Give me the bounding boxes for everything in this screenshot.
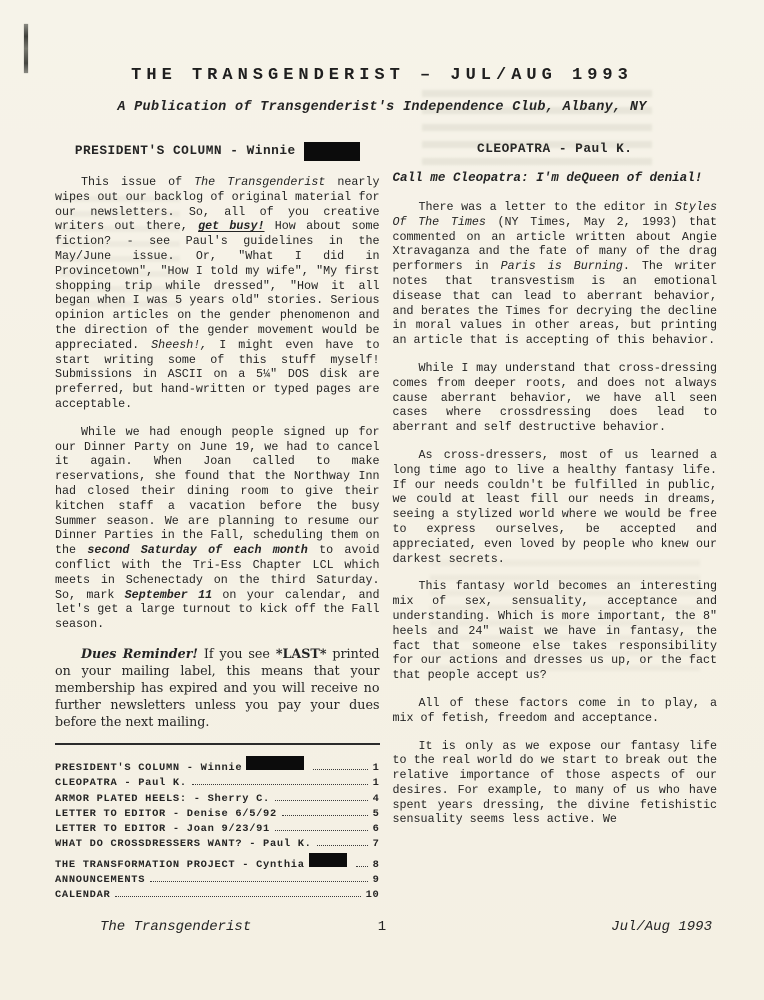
page-footer: The Transgenderist 1 Jul/Aug 1993 — [0, 919, 764, 941]
toc-entry-label: CALENDAR — [55, 888, 110, 903]
footer-publication-name: The Transgenderist — [100, 919, 251, 935]
toc-entry: WHAT DO CROSSDRESSERS WANT? - Paul K. 7 — [55, 837, 380, 852]
article-subtitle: Call me Cleopatra: I'm deQueen of denial… — [393, 171, 718, 185]
dot-leader — [356, 866, 368, 867]
dot-leader — [150, 881, 367, 882]
dot-leader — [317, 845, 368, 846]
toc-entry-label: CLEOPATRA - Paul K. — [55, 776, 187, 791]
dot-leader — [275, 800, 368, 801]
dot-leader — [115, 896, 360, 897]
toc-entry-label: PRESIDENT'S COLUMN - Winnie — [55, 761, 242, 776]
masthead: THE TRANSGENDERIST – JUL/AUG 1993 A Publ… — [0, 0, 764, 115]
cleopatra-heading: CLEOPATRA - Paul K. — [393, 141, 718, 156]
toc-entry-page: 5 — [373, 807, 380, 822]
presidents-column-heading: PRESIDENT'S COLUMN - Winnie — [55, 141, 380, 160]
toc-entry: CLEOPATRA - Paul K. 1 — [55, 776, 380, 791]
toc-entry: CALENDAR 10 — [55, 888, 380, 903]
page-subtitle: A Publication of Transgenderist's Indepe… — [0, 100, 764, 115]
page-title: THE TRANSGENDERIST – JUL/AUG 1993 — [0, 66, 764, 85]
paragraph: This issue of The Transgenderist nearly … — [55, 175, 380, 412]
toc-entry: ANNOUNCEMENTS 9 — [55, 873, 380, 888]
toc-entry-label: ANNOUNCEMENTS — [55, 873, 145, 888]
toc-entry: ARMOR PLATED HEELS: - Sherry C. 4 — [55, 792, 380, 807]
toc-entry-page: 9 — [373, 873, 380, 888]
dot-leader — [313, 769, 367, 770]
paragraph: There was a letter to the editor in Styl… — [393, 200, 718, 348]
toc-entry-label: LETTER TO EDITOR - Joan 9/23/91 — [55, 822, 270, 837]
toc-entry-label: WHAT DO CROSSDRESSERS WANT? - Paul K. — [55, 837, 312, 852]
table-of-contents: PRESIDENT'S COLUMN - Winnie 1 CLEOPATRA … — [55, 756, 380, 904]
paragraph: All of these factors come in to play, a … — [393, 696, 718, 726]
toc-entry-page: 8 — [373, 858, 380, 873]
toc-entry: LETTER TO EDITOR - Denise 6/5/92 5 — [55, 807, 380, 822]
toc-entry: LETTER TO EDITOR - Joan 9/23/91 6 — [55, 822, 380, 837]
footer-page-number: 1 — [378, 919, 386, 935]
toc-entry-page: 1 — [373, 776, 380, 791]
toc-entry-label: LETTER TO EDITOR - Denise 6/5/92 — [55, 807, 277, 822]
dues-reminder-note: Dues Reminder! If you see *LAST* printed… — [55, 645, 380, 730]
paragraph: This fantasy world becomes an interestin… — [393, 579, 718, 683]
paragraph: It is only as we expose our fantasy life… — [393, 739, 718, 828]
toc-entry: THE TRANSFORMATION PROJECT - Cynthia 8 — [55, 853, 380, 873]
toc-entry-page: 4 — [373, 792, 380, 807]
binding-mark-icon — [24, 24, 28, 73]
dot-leader — [192, 784, 368, 785]
cleopatra-heading-text: CLEOPATRA - Paul K. — [477, 141, 632, 156]
paragraph: While I may understand that cross-dressi… — [393, 361, 718, 435]
toc-entry-label: ARMOR PLATED HEELS: - Sherry C. — [55, 792, 270, 807]
paragraph: As cross-dressers, most of us learned a … — [393, 448, 718, 566]
paragraph: While we had enough people signed up for… — [55, 425, 380, 632]
toc-entry-label: THE TRANSFORMATION PROJECT - Cynthia — [55, 858, 305, 873]
dot-leader — [275, 830, 368, 831]
redacted-surname-box — [309, 853, 347, 867]
divider — [55, 743, 380, 745]
cleopatra-article: CLEOPATRA - Paul K. Call me Cleopatra: I… — [393, 141, 718, 840]
presidents-column-heading-text: PRESIDENT'S COLUMN - Winnie — [75, 143, 296, 158]
presidents-column-article: PRESIDENT'S COLUMN - Winnie This issue o… — [55, 141, 380, 904]
toc-entry-page: 7 — [373, 837, 380, 852]
toc-entry-page: 10 — [366, 888, 380, 903]
redacted-surname-box — [246, 756, 304, 770]
newsletter-page: THE TRANSGENDERIST – JUL/AUG 1993 A Publ… — [0, 0, 764, 1000]
redacted-surname-box — [304, 142, 360, 161]
toc-entry: PRESIDENT'S COLUMN - Winnie 1 — [55, 756, 380, 776]
footer-issue-date: Jul/Aug 1993 — [611, 919, 712, 935]
dot-leader — [282, 815, 368, 816]
two-column-body: PRESIDENT'S COLUMN - Winnie This issue o… — [0, 115, 764, 904]
toc-entry-page: 1 — [373, 761, 380, 776]
toc-entry-page: 6 — [373, 822, 380, 837]
